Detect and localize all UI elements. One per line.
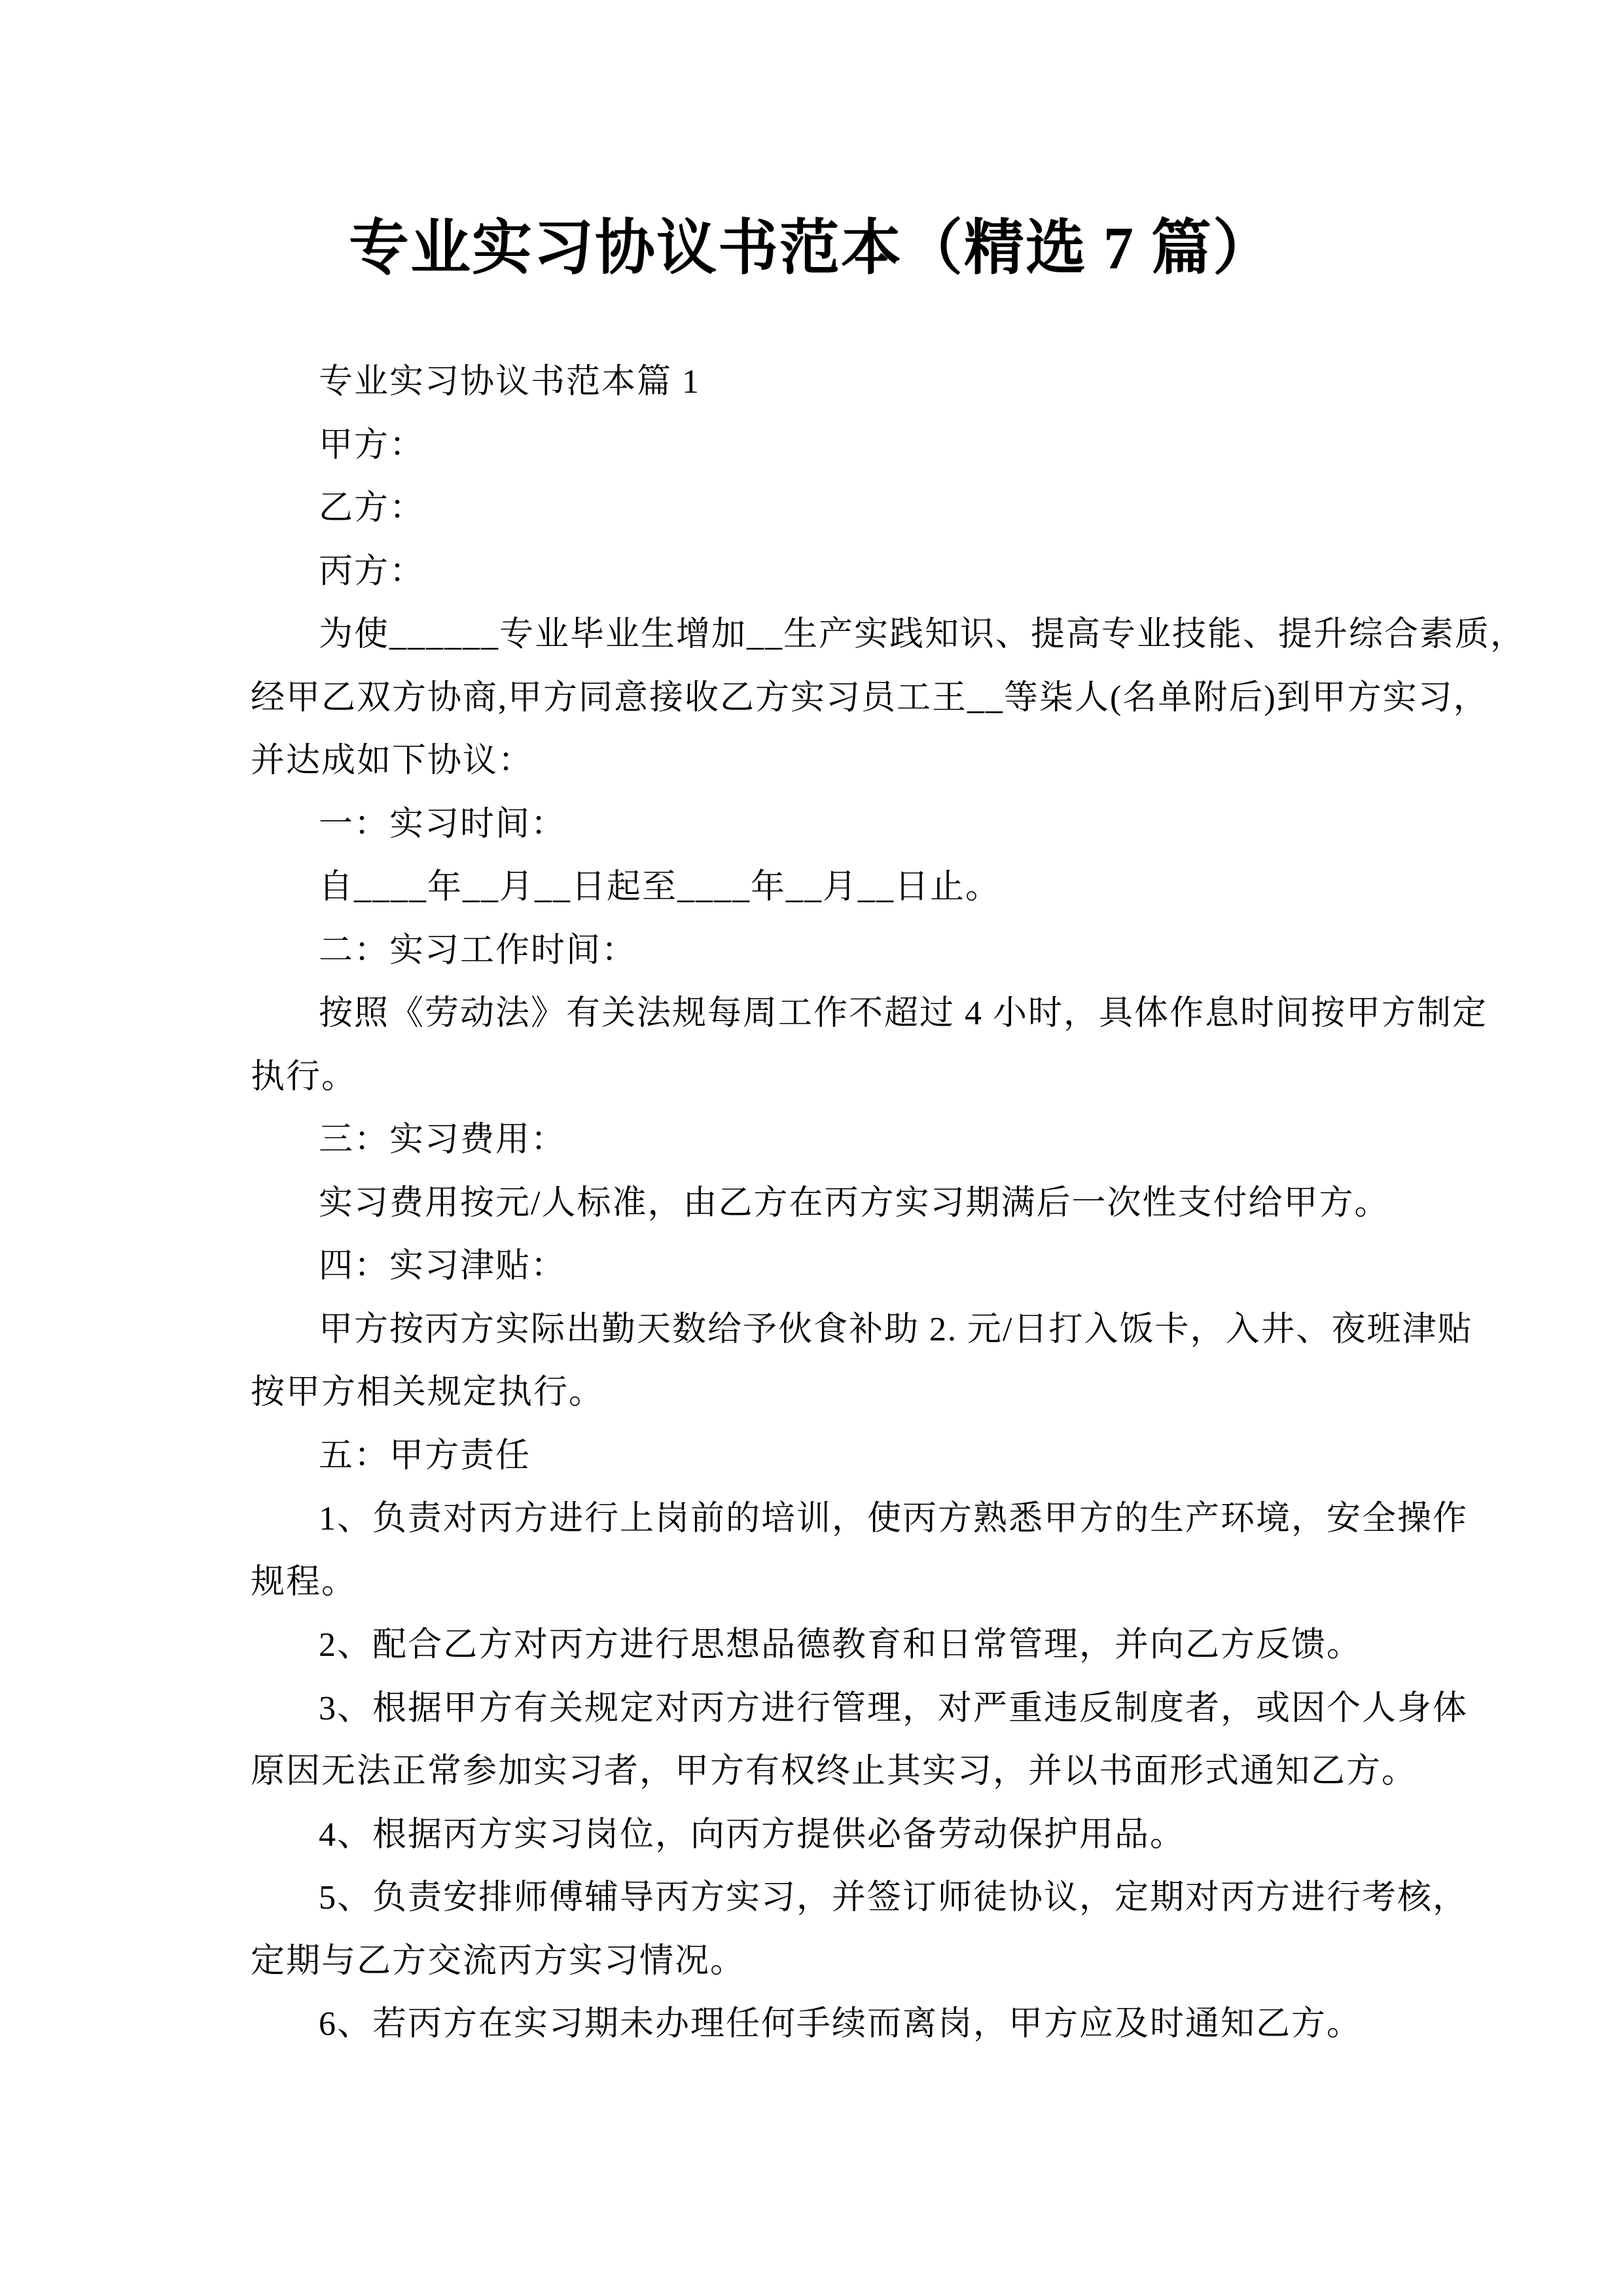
text-line: 一：实习时间： (251, 793, 1501, 857)
text-line: 甲方按丙方实际出勤天数给予伙食补助 2. 元/日打入饭卡，入井、夜班津贴 (251, 1299, 1501, 1362)
text-line: 4、根据丙方实习岗位，向丙方提供必备劳动保护用品。 (251, 1804, 1501, 1867)
text-line: 二：实习工作时间： (251, 920, 1501, 983)
text-line: 专业实习协议书范本篇 1 (251, 351, 1501, 414)
document-title: 专业实习协议书范本（精选 7 篇） (0, 200, 1623, 286)
text-line: 自____年__月__日起至____年__月__日止。 (251, 856, 1501, 920)
text-line: 五：甲方责任 (251, 1425, 1501, 1488)
text-line: 2、配合乙方对丙方进行思想品德教育和日常管理，并向乙方反馈。 (251, 1614, 1501, 1677)
text-line: 3、根据甲方有关规定对丙方进行管理，对严重违反制度者，或因个人身体 (251, 1677, 1501, 1741)
text-line: 三：实习费用： (251, 1109, 1501, 1172)
text-line: 实习费用按元/人标准，由乙方在丙方实习期满后一次性支付给甲方。 (251, 1172, 1501, 1236)
document-page: 专业实习协议书范本（精选 7 篇） 专业实习协议书范本篇 1甲方：乙方：丙方：为… (0, 0, 1623, 2296)
text-line: 四：实习津贴： (251, 1235, 1501, 1299)
text-line: 执行。 (251, 1046, 1501, 1109)
text-line: 丙方： (251, 541, 1501, 604)
text-line: 按甲方相关规定执行。 (251, 1361, 1501, 1425)
text-line: 6、若丙方在实习期未办理任何手续而离岗，甲方应及时通知乙方。 (251, 1993, 1501, 2056)
text-line: 5、负责安排师傅辅导丙方实习，并签订师徒协议，定期对丙方进行考核， (251, 1867, 1501, 1930)
text-line: 规程。 (251, 1551, 1501, 1615)
text-line: 按照《劳动法》有关法规每周工作不超过 4 小时，具体作息时间按甲方制定 (251, 982, 1501, 1046)
text-line: 经甲乙双方协商,甲方同意接收乙方实习员工王__等柒人(名单附后)到甲方实习， (251, 667, 1501, 730)
text-line: 甲方： (251, 414, 1501, 478)
text-line: 原因无法正常参加实习者，甲方有权终止其实习，并以书面形式通知乙方。 (251, 1740, 1501, 1804)
text-line: 定期与乙方交流丙方实习情况。 (251, 1930, 1501, 1994)
document-body: 专业实习协议书范本篇 1甲方：乙方：丙方：为使______专业毕业生增加__生产… (251, 351, 1501, 2056)
text-line: 1、负责对丙方进行上岗前的培训，使丙方熟悉甲方的生产环境，安全操作 (251, 1488, 1501, 1551)
text-line: 乙方： (251, 477, 1501, 541)
text-line: 为使______专业毕业生增加__生产实践知识、提高专业技能、提升综合素质， (251, 603, 1501, 667)
text-line: 并达成如下协议： (251, 730, 1501, 793)
